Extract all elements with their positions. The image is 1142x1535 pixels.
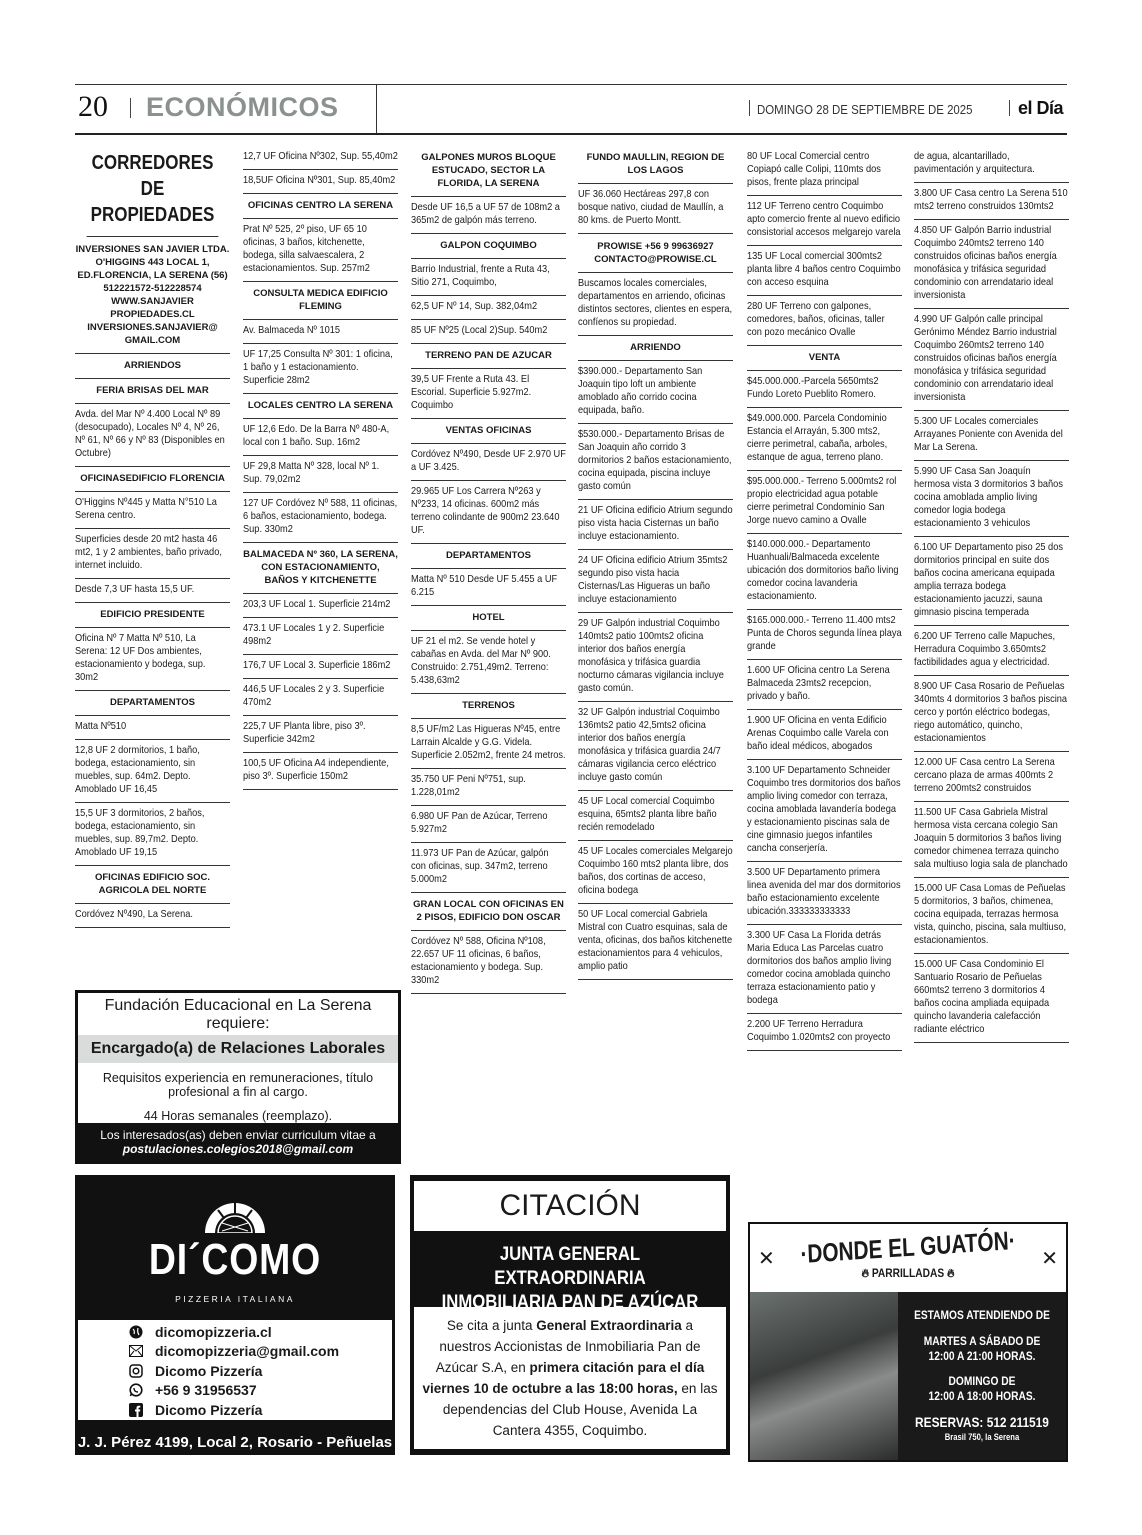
- listing-text: 21 UF Oficina edificio Atrium segundo pi…: [578, 504, 733, 543]
- listing-item: UF 12,6 Edo. De la Barra Nº 480-A, local…: [243, 419, 398, 456]
- listing-text: UF 17,25 Consulta Nº 301: 1 oficina, 1 b…: [243, 348, 398, 387]
- listing-text: 473.1 UF Locales 1 y 2. Superficie 498m2: [243, 622, 398, 648]
- listing-text: $165.000.000.- Terreno 11.400 mts2 Punta…: [747, 614, 902, 653]
- citacion-subtitle-line: JUNTA GENERAL EXTRAORDINARIA: [429, 1243, 711, 1291]
- hours-line: 12:00 A 18:00 HORAS.: [929, 1389, 1036, 1403]
- listing-item: $390.000.- Departamento San Joaquin tipo…: [578, 361, 733, 424]
- listing-text: 15.000 UF Casa Condominio El Santuario R…: [914, 958, 1069, 1036]
- listing-category-heading: BALMACEDA Nº 360, LA SERENA, CON ESTACIO…: [243, 543, 398, 594]
- listing-item: Cordóvez Nº 588, Oficina Nº108, 22.657 U…: [411, 931, 566, 994]
- listing-category-heading: FUNDO MAULLIN, REGION DE LOS LAGOS: [578, 146, 733, 184]
- listing-item: 11.500 UF Casa Gabriela Mistral hermosa …: [914, 802, 1069, 878]
- listing-category-heading: LOCALES CENTRO LA SERENA: [243, 394, 398, 419]
- listing-text: O'Higgins Nº445 y Matta N°510 La Serena …: [75, 496, 230, 522]
- listing-item: 12,8 UF 2 dormitorios, 1 baño, bodega, e…: [75, 740, 230, 803]
- listing-text: 80 UF Local Comercial centro Copiapó cal…: [747, 150, 902, 189]
- listing-category-heading: OFICINAS EDIFICIO SOC. AGRICOLA DEL NORT…: [75, 866, 230, 904]
- listing-item: 135 UF Local comercial 300mts2 planta li…: [747, 246, 902, 296]
- header-divider: [1009, 100, 1010, 116]
- listing-category-heading: DEPARTAMENTOS: [75, 691, 230, 716]
- listing-item: 5.300 UF Locales comerciales Arrayanes P…: [914, 411, 1069, 461]
- listing-text: 15.000 UF Casa Lomas de Peñuelas 5 dormi…: [914, 882, 1069, 947]
- classified-column-3: GALPONES MUROS BLOQUE ESTUCADO, SECTOR L…: [411, 146, 566, 994]
- listing-item: 4.850 UF Galpón Barrio industrial Coquim…: [914, 220, 1069, 309]
- listing-text: 446,5 UF Locales 2 y 3. Superficie 470m2: [243, 683, 398, 709]
- dicomo-address: J. J. Pérez 4199, Local 2, Rosario - Peñ…: [75, 1434, 395, 1451]
- listing-item: Desde UF 16,5 a UF 57 de 108m2 a 365m2 d…: [411, 197, 566, 234]
- listing-item: Matta Nº510: [75, 716, 230, 740]
- listing-text: 11.500 UF Casa Gabriela Mistral hermosa …: [914, 806, 1069, 871]
- header-divider: [130, 98, 131, 118]
- listing-category-heading: ARRIENDO: [578, 336, 733, 361]
- crossed-utensils-icon: ✕: [758, 1246, 775, 1271]
- listing-text: 6.100 UF Departamento piso 25 dos dormit…: [914, 541, 1069, 619]
- job-ad-cta-text: Los interesados(as) deben enviar curricu…: [78, 1128, 398, 1142]
- listing-category-heading: DEPARTAMENTOS: [411, 544, 566, 569]
- listing-text: 2.200 UF Terreno Herradura Coquimbo 1.02…: [747, 1018, 902, 1044]
- listing-item: 15.000 UF Casa Condominio El Santuario R…: [914, 954, 1069, 1043]
- listing-text: 176,7 UF Local 3. Superficie 186m2: [243, 659, 398, 672]
- listing-category-heading: ARRIENDOS: [75, 354, 230, 379]
- guaton-address: Brasil 750, la Serena: [911, 1432, 1054, 1442]
- newspaper-logo: el Día: [1018, 98, 1063, 119]
- listing-item: 15.000 UF Casa Lomas de Peñuelas 5 dormi…: [914, 878, 1069, 954]
- listing-text: Barrio Industrial, frente a Ruta 43, Sit…: [411, 263, 566, 289]
- listing-item: 1.900 UF Oficina en venta Edificio Arena…: [747, 710, 902, 760]
- contact-whatsapp[interactable]: +56 9 31956537: [128, 1381, 392, 1401]
- pizza-oven-logo-icon: [200, 1193, 270, 1233]
- contact-text: dicomopizzeria@gmail.com: [155, 1343, 339, 1359]
- listing-item: Desde 7,3 UF hasta 15,5 UF.: [75, 579, 230, 603]
- listing-text: 1.900 UF Oficina en venta Edificio Arena…: [747, 714, 902, 753]
- listing-text: Cordóvez Nº 588, Oficina Nº108, 22.657 U…: [411, 935, 566, 987]
- listing-item: 35.750 UF Peni Nº751, sup. 1.228,01m2: [411, 769, 566, 806]
- listing-item: $165.000.000.- Terreno 11.400 mts2 Punta…: [747, 610, 902, 660]
- listing-item: 8,5 UF/m2 Las Higueras Nº45, entre Larra…: [411, 719, 566, 769]
- listing-text: 50 UF Local comercial Gabriela Mistral c…: [578, 908, 733, 973]
- flame-icon: 🔥︎: [861, 1266, 871, 1280]
- listing-category-heading: OFICINAS CENTRO LA SERENA: [243, 194, 398, 219]
- guaton-title: ·DONDE EL GUATÓN·: [781, 1224, 1035, 1271]
- listing-item: 127 UF Cordóvez Nº 588, 11 oficinas, 6 b…: [243, 493, 398, 543]
- listing-text: 3.100 UF Departamento Schneider Coquimbo…: [747, 764, 902, 855]
- listing-text: 203,3 UF Local 1. Superficie 214m2: [243, 598, 398, 611]
- listing-text: $49.000.000. Parcela Condominio Estancia…: [747, 412, 902, 464]
- job-ad-position: Encargado(a) de Relaciones Laborales: [78, 1035, 398, 1063]
- listing-text: $140.000.000.- Departamento Huanhuali/Ba…: [747, 538, 902, 603]
- listing-item: UF 21 el m2. Se vende hotel y cabañas en…: [411, 631, 566, 694]
- listing-text: 15,5 UF 3 dormitorios, 2 baños, bodega, …: [75, 807, 230, 859]
- listing-item: 3.100 UF Departamento Schneider Coquimbo…: [747, 760, 902, 862]
- citacion-notice: CITACIÓN JUNTA GENERAL EXTRAORDINARIA IN…: [410, 1175, 730, 1455]
- listing-text: 3.300 UF Casa La Florida detrás Maria Ed…: [747, 929, 902, 1007]
- listing-text: 3.500 UF Departamento primera linea aven…: [747, 866, 902, 918]
- classified-column-2: 12,7 UF Oficina Nº302, Sup. 55,40m218,5U…: [243, 146, 398, 790]
- listing-text: 1.600 UF Oficina centro La Serena Balmac…: [747, 664, 902, 703]
- listing-item: 12.000 UF Casa centro La Serena cercano …: [914, 752, 1069, 802]
- listing-item: 225,7 UF Planta libre, piso 3º. Superfic…: [243, 716, 398, 753]
- column-title: CORREDORES DE PROPIEDADES: [87, 146, 219, 237]
- listing-item: 176,7 UF Local 3. Superficie 186m2: [243, 655, 398, 679]
- header-divider: [749, 100, 750, 116]
- listing-text: 225,7 UF Planta libre, piso 3º. Superfic…: [243, 720, 398, 746]
- citacion-title: CITACIÓN: [414, 1181, 726, 1231]
- header-rule-top: [75, 84, 1067, 85]
- listing-item: 15,5 UF 3 dormitorios, 2 baños, bodega, …: [75, 803, 230, 866]
- listing-text: 6.200 UF Terreno calle Mapuches, Herradu…: [914, 630, 1069, 669]
- citacion-body: Se cita a junta General Extraordinaria a…: [414, 1307, 726, 1449]
- listing-text: $45.000.000.-Parcela 5650mts2 Fundo Lore…: [747, 375, 902, 401]
- listing-item: 446,5 UF Locales 2 y 3. Superficie 470m2: [243, 679, 398, 716]
- listing-text: $530.000.- Departamento Brisas de San Jo…: [578, 428, 733, 493]
- listing-item: de agua, alcantarillado, pavimentación y…: [914, 146, 1069, 183]
- header-divider: [376, 85, 377, 133]
- instagram-icon: [128, 1364, 144, 1378]
- broker-contact: INVERSIONES SAN JAVIER LTDA. O'HIGGINS 4…: [75, 237, 230, 354]
- guaton-hours-sunday: DOMINGO DE12:00 A 18:00 HORAS.: [911, 1374, 1054, 1404]
- listing-text: Desde UF 16,5 a UF 57 de 108m2 a 365m2 d…: [411, 201, 566, 227]
- classified-column-6: de agua, alcantarillado, pavimentación y…: [914, 146, 1069, 1043]
- listing-item: Barrio Industrial, frente a Ruta 43, Sit…: [411, 259, 566, 296]
- listing-text: 24 UF Oficina edificio Atrium 35mts2 seg…: [578, 554, 733, 606]
- listing-text: UF 36.060 Hectáreas 297,8 con bosque nat…: [578, 188, 733, 227]
- contact-text: Dicomo Pizzería: [155, 1402, 262, 1418]
- listing-item: 29.965 UF Los Carrera Nº263 y Nº233, 14 …: [411, 481, 566, 544]
- listing-item: Buscamos locales comerciales, departamen…: [578, 273, 733, 336]
- listing-item: Cordóvez Nº490, Desde UF 2.970 UF a UF 3…: [411, 444, 566, 481]
- listing-item: 4.990 UF Galpón calle principal Gerónimo…: [914, 309, 1069, 411]
- listing-item: $49.000.000. Parcela Condominio Estancia…: [747, 408, 902, 471]
- listing-text: Oficina Nº 7 Matta Nº 510, La Serena: 12…: [75, 632, 230, 684]
- listing-text: 127 UF Cordóvez Nº 588, 11 oficinas, 6 b…: [243, 497, 398, 536]
- mail-icon: [128, 1344, 144, 1358]
- guaton-hours-intro: ESTAMOS ATENDIENDO DE: [911, 1308, 1054, 1322]
- listing-text: 280 UF Terreno con galpones, comedores, …: [747, 300, 902, 339]
- contact-text: +56 9 31956537: [155, 1382, 257, 1398]
- listing-text: Superficies desde 20 mt2 hasta 46 mt2, 1…: [75, 533, 230, 572]
- listing-text: 32 UF Galpón industrial Coquimbo 136mts2…: [578, 706, 733, 784]
- listing-text: 3.800 UF Casa centro La Serena 510 mts2 …: [914, 187, 1069, 213]
- listing-text: 45 UF Local comercial Coquimbo esquina, …: [578, 795, 733, 834]
- listing-category-heading: GALPON COQUIMBO: [411, 234, 566, 259]
- listing-text: Avda. del Mar Nº 4.400 Local Nº 89 (deso…: [75, 408, 230, 460]
- listing-item: 112 UF Terreno centro Coquimbo apto come…: [747, 196, 902, 246]
- citacion-text: Se cita a junta: [447, 1318, 536, 1333]
- listing-item: 29 UF Galpón industrial Coquimbo 140mts2…: [578, 613, 733, 702]
- listing-item: Cordóvez Nº490, La Serena.: [75, 904, 230, 928]
- listing-text: 35.750 UF Peni Nº751, sup. 1.228,01m2: [411, 773, 566, 799]
- listing-item: 32 UF Galpón industrial Coquimbo 136mts2…: [578, 702, 733, 791]
- section-title: ECONÓMICOS: [146, 92, 339, 123]
- listing-text: 6.980 UF Pan de Azúcar, Terreno 5.927m2: [411, 810, 566, 836]
- listing-item: UF 17,25 Consulta Nº 301: 1 oficina, 1 b…: [243, 344, 398, 394]
- globe-icon: [128, 1325, 144, 1339]
- listing-item: 2.200 UF Terreno Herradura Coquimbo 1.02…: [747, 1014, 902, 1051]
- listing-item: 473.1 UF Locales 1 y 2. Superficie 498m2: [243, 618, 398, 655]
- listing-text: 112 UF Terreno centro Coquimbo apto come…: [747, 200, 902, 239]
- listing-item: $530.000.- Departamento Brisas de San Jo…: [578, 424, 733, 500]
- listing-item: 1.600 UF Oficina centro La Serena Balmac…: [747, 660, 902, 710]
- listing-text: 12,7 UF Oficina Nº302, Sup. 55,40m2: [243, 150, 398, 163]
- listing-category-heading: OFICINASEDIFICIO FLORENCIA: [75, 467, 230, 492]
- contact-website[interactable]: dicomopizzeria.cl: [128, 1322, 392, 1342]
- listing-item: 45 UF Locales comerciales Melgarejo Coqu…: [578, 841, 733, 904]
- dicomo-pizzeria-ad: DI´COMO PIZZERIA ITALIANA dicomopizzeria…: [75, 1175, 395, 1455]
- listing-item: 6.100 UF Departamento piso 25 dos dormit…: [914, 537, 1069, 626]
- listing-text: de agua, alcantarillado, pavimentación y…: [914, 150, 1069, 176]
- listing-item: UF 36.060 Hectáreas 297,8 con bosque nat…: [578, 184, 733, 234]
- guaton-hours-panel: ESTAMOS ATENDIENDO DE MARTES A SÁBADO DE…: [898, 1292, 1066, 1460]
- guaton-subtitle-text: PARRILLADAS: [872, 1266, 944, 1280]
- listing-text: 18,5UF Oficina Nº301, Sup. 85,40m2: [243, 174, 398, 187]
- listing-item: 6.200 UF Terreno calle Mapuches, Herradu…: [914, 626, 1069, 676]
- listing-item: $140.000.000.- Departamento Huanhuali/Ba…: [747, 534, 902, 610]
- listing-category-heading: CONSULTA MEDICA EDIFICIO FLEMING: [243, 282, 398, 320]
- listing-item: $95.000.000.- Terreno 5.000mts2 rol prop…: [747, 471, 902, 534]
- listing-text: 5.300 UF Locales comerciales Arrayanes P…: [914, 415, 1069, 454]
- listing-item: 50 UF Local comercial Gabriela Mistral c…: [578, 904, 733, 980]
- facebook-icon: [128, 1403, 144, 1417]
- job-ad-email[interactable]: postulaciones.colegios2018@gmail.com: [78, 1142, 398, 1156]
- guaton-reservations-phone: RESERVAS: 512 211519: [911, 1414, 1054, 1430]
- listing-text: Prat Nº 525, 2º piso, UF 65 10 oficinas,…: [243, 223, 398, 275]
- broker-contact: PROWISE +56 9 99636927 CONTACTO@PROWISE.…: [578, 234, 733, 273]
- listing-item: 11.973 UF Pan de Azúcar, galpón con ofic…: [411, 843, 566, 893]
- listing-text: Cordóvez Nº490, La Serena.: [75, 908, 230, 921]
- listing-text: Buscamos locales comerciales, departamen…: [578, 277, 733, 329]
- listing-category-heading: EDIFICIO PRESIDENTE: [75, 603, 230, 628]
- listing-item: 80 UF Local Comercial centro Copiapó cal…: [747, 146, 902, 196]
- contact-email[interactable]: dicomopizzeria@gmail.com: [128, 1342, 392, 1362]
- listing-item: $45.000.000.-Parcela 5650mts2 Fundo Lore…: [747, 371, 902, 408]
- dicomo-tagline: PIZZERIA ITALIANA: [75, 1294, 395, 1304]
- listing-category-heading: VENTAS OFICINAS: [411, 419, 566, 444]
- page-number: 20: [78, 90, 108, 124]
- listing-item: 39,5 UF Frente a Ruta 43. El Escorial. S…: [411, 369, 566, 419]
- listing-category-heading: TERRENOS: [411, 694, 566, 719]
- listing-text: 5.990 UF Casa San Joaquín hermosa vista …: [914, 465, 1069, 530]
- contact-facebook[interactable]: Dicomo Pizzería: [128, 1400, 392, 1420]
- listing-text: 45 UF Locales comerciales Melgarejo Coqu…: [578, 845, 733, 897]
- header-rule-bottom: [75, 133, 1067, 135]
- whatsapp-icon: [128, 1383, 144, 1397]
- listing-item: UF 29,8 Matta Nº 328, local Nº 1. Sup. 7…: [243, 456, 398, 493]
- listing-text: 11.973 UF Pan de Azúcar, galpón con ofic…: [411, 847, 566, 886]
- listing-text: 8,5 UF/m2 Las Higueras Nº45, entre Larra…: [411, 723, 566, 762]
- listing-text: 85 UF Nº25 (Local 2)Sup. 540m2: [411, 324, 566, 337]
- hours-line: MARTES A SÁBADO DE: [924, 1334, 1041, 1348]
- listing-text: 8.900 UF Casa Rosario de Peñuelas 340mts…: [914, 680, 1069, 745]
- contact-text: Dicomo Pizzería: [155, 1363, 262, 1379]
- listing-text: 4.990 UF Galpón calle principal Gerónimo…: [914, 313, 1069, 404]
- classified-column-1: CORREDORES DE PROPIEDADESINVERSIONES SAN…: [75, 146, 230, 928]
- listing-item: 12,7 UF Oficina Nº302, Sup. 55,40m2: [243, 146, 398, 170]
- listing-text: Matta Nº 510 Desde UF 5.455 a UF 6.215: [411, 573, 566, 599]
- listing-item: 3.500 UF Departamento primera linea aven…: [747, 862, 902, 925]
- listing-item: 21 UF Oficina edificio Atrium segundo pi…: [578, 500, 733, 550]
- listing-text: 29.965 UF Los Carrera Nº263 y Nº233, 14 …: [411, 485, 566, 537]
- dicomo-contacts: dicomopizzeria.cl dicomopizzeria@gmail.c…: [78, 1320, 392, 1420]
- listing-text: $95.000.000.- Terreno 5.000mts2 rol prop…: [747, 475, 902, 527]
- listing-item: 280 UF Terreno con galpones, comedores, …: [747, 296, 902, 346]
- listing-category-heading: GALPONES MUROS BLOQUE ESTUCADO, SECTOR L…: [411, 146, 566, 197]
- listing-text: 12,8 UF 2 dormitorios, 1 baño, bodega, e…: [75, 744, 230, 796]
- listing-item: 85 UF Nº25 (Local 2)Sup. 540m2: [411, 320, 566, 344]
- donde-el-guaton-ad: ✕ ·DONDE EL GUATÓN· ✕ 🔥︎ PARRILLADAS 🔥︎ …: [748, 1222, 1068, 1462]
- listing-item: Prat Nº 525, 2º piso, UF 65 10 oficinas,…: [243, 219, 398, 282]
- listing-text: 12.000 UF Casa centro La Serena cercano …: [914, 756, 1069, 795]
- listing-item: 203,3 UF Local 1. Superficie 214m2: [243, 594, 398, 618]
- listing-text: Matta Nº510: [75, 720, 230, 733]
- grilled-meat-photo: [750, 1292, 900, 1460]
- listing-item: 3.300 UF Casa La Florida detrás Maria Ed…: [747, 925, 902, 1014]
- contact-text: dicomopizzeria.cl: [155, 1324, 272, 1340]
- listing-item: 8.900 UF Casa Rosario de Peñuelas 340mts…: [914, 676, 1069, 752]
- job-ad-cta: Los interesados(as) deben enviar curricu…: [78, 1123, 398, 1161]
- guaton-subtitle: 🔥︎ PARRILLADAS 🔥︎: [774, 1266, 1043, 1281]
- listing-item: Av. Balmaceda Nº 1015: [243, 320, 398, 344]
- crossed-utensils-icon: ✕: [1041, 1246, 1058, 1271]
- listing-category-heading: TERRENO PAN DE AZUCAR: [411, 344, 566, 369]
- listing-text: $390.000.- Departamento San Joaquin tipo…: [578, 365, 733, 417]
- classified-column-4: FUNDO MAULLIN, REGION DE LOS LAGOSUF 36.…: [578, 146, 733, 980]
- contact-instagram[interactable]: Dicomo Pizzería: [128, 1361, 392, 1381]
- dicomo-logo-text: DI´COMO: [99, 1235, 371, 1285]
- listing-text: Desde 7,3 UF hasta 15,5 UF.: [75, 583, 230, 596]
- listing-text: UF 29,8 Matta Nº 328, local Nº 1. Sup. 7…: [243, 460, 398, 486]
- guaton-hours-weekdays: MARTES A SÁBADO DE12:00 A 21:00 HORAS.: [911, 1334, 1054, 1364]
- hours-line: DOMINGO DE: [949, 1374, 1016, 1388]
- listing-text: Cordóvez Nº490, Desde UF 2.970 UF a UF 3…: [411, 448, 566, 474]
- flame-icon: 🔥︎: [944, 1266, 954, 1280]
- job-ad-intro: Fundación Educacional en La Serena requi…: [78, 993, 398, 1035]
- listing-text: 62,5 UF Nº 14, Sup. 382,04m2: [411, 300, 566, 313]
- publication-date: DOMINGO 28 DE SEPTIEMBRE DE 2025: [757, 102, 973, 117]
- listing-item: Superficies desde 20 mt2 hasta 46 mt2, 1…: [75, 529, 230, 579]
- hours-line: 12:00 A 21:00 HORAS.: [929, 1349, 1036, 1363]
- classified-column-5: 80 UF Local Comercial centro Copiapó cal…: [747, 146, 902, 1051]
- listing-item: 24 UF Oficina edificio Atrium 35mts2 seg…: [578, 550, 733, 613]
- listing-text: 39,5 UF Frente a Ruta 43. El Escorial. S…: [411, 373, 566, 412]
- listing-item: 6.980 UF Pan de Azúcar, Terreno 5.927m2: [411, 806, 566, 843]
- listing-item: Oficina Nº 7 Matta Nº 510, La Serena: 12…: [75, 628, 230, 691]
- listing-category-heading: VENTA: [747, 346, 902, 371]
- job-ad: Fundación Educacional en La Serena requi…: [75, 990, 401, 1164]
- listing-item: 3.800 UF Casa centro La Serena 510 mts2 …: [914, 183, 1069, 220]
- listing-item: 62,5 UF Nº 14, Sup. 382,04m2: [411, 296, 566, 320]
- listing-category-heading: GRAN LOCAL CON OFICINAS EN 2 PISOS, EDIF…: [411, 893, 566, 931]
- listing-item: Avda. del Mar Nº 4.400 Local Nº 89 (deso…: [75, 404, 230, 467]
- listing-item: 100,5 UF Oficina A4 independiente, piso …: [243, 753, 398, 790]
- citacion-text-bold: General Extraordinaria: [536, 1318, 682, 1333]
- listing-item: 45 UF Local comercial Coquimbo esquina, …: [578, 791, 733, 841]
- listing-text: Av. Balmaceda Nº 1015: [243, 324, 398, 337]
- listing-item: 5.990 UF Casa San Joaquín hermosa vista …: [914, 461, 1069, 537]
- listing-text: 100,5 UF Oficina A4 independiente, piso …: [243, 757, 398, 783]
- listing-text: 29 UF Galpón industrial Coquimbo 140mts2…: [578, 617, 733, 695]
- listing-item: Matta Nº 510 Desde UF 5.455 a UF 6.215: [411, 569, 566, 606]
- listing-text: UF 12,6 Edo. De la Barra Nº 480-A, local…: [243, 423, 398, 449]
- listing-text: 135 UF Local comercial 300mts2 planta li…: [747, 250, 902, 289]
- listing-category-heading: FERIA BRISAS DEL MAR: [75, 379, 230, 404]
- listing-text: 4.850 UF Galpón Barrio industrial Coquim…: [914, 224, 1069, 302]
- job-ad-requirements: Requisitos experiencia en remuneraciones…: [78, 1063, 398, 1101]
- listing-category-heading: HOTEL: [411, 606, 566, 631]
- listing-text: UF 21 el m2. Se vende hotel y cabañas en…: [411, 635, 566, 687]
- listing-item: O'Higgins Nº445 y Matta N°510 La Serena …: [75, 492, 230, 529]
- listing-item: 18,5UF Oficina Nº301, Sup. 85,40m2: [243, 170, 398, 194]
